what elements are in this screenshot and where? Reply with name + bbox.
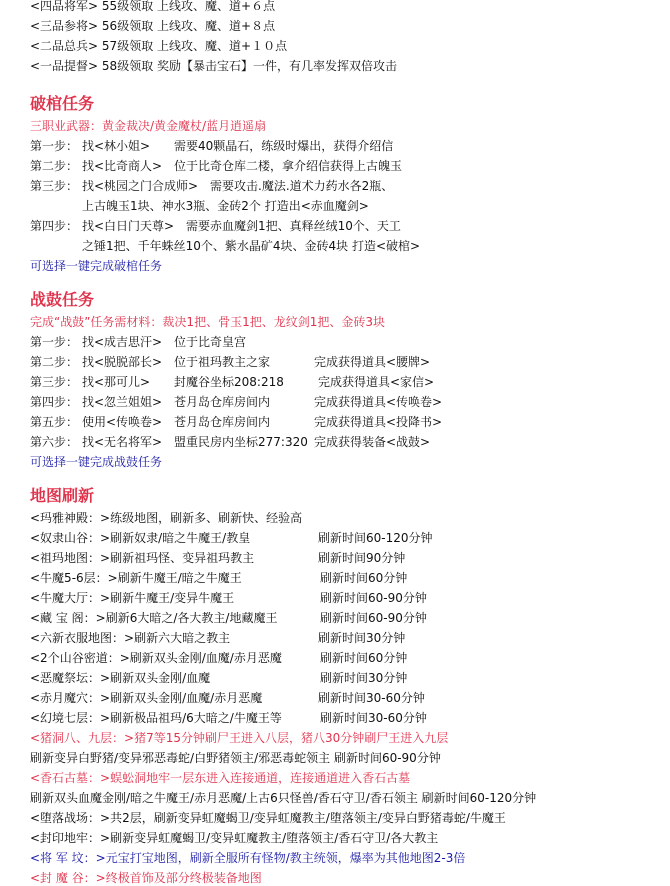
map-row: <六新衣服地图：>刷新六大暗之教主刷新时间30分钟 bbox=[30, 628, 670, 648]
rank-reward-row: <三品参将> 56级领取 上线攻、魔、道+８点 bbox=[30, 16, 670, 36]
pokuan-step: 第三步：找<桃园之门合成师>需要攻击.魔法.道术力药水各2瓶、 bbox=[30, 176, 670, 196]
refresh-time: 刷新时间30-60分钟 bbox=[320, 711, 427, 725]
step-label: 第四步： bbox=[30, 392, 82, 412]
step-label: 第一步： bbox=[30, 136, 82, 156]
step-npc: 找<脱脱部长> bbox=[82, 352, 174, 372]
pokuan-step-continuation: 上古魄玉1块、神水3瓶、金砖2个 打造出<赤血魔剑> bbox=[30, 196, 670, 216]
step-label: 第一步： bbox=[30, 332, 82, 352]
map-name: <2个山谷密道：> bbox=[30, 651, 130, 665]
zhangu-step: 第三步：找<那可儿>封魔谷坐标208:218完成获得道具<家信> bbox=[30, 372, 670, 392]
refresh-time: 刷新时间60分钟 bbox=[320, 651, 407, 665]
refresh-time: 刷新时间60-120分钟 bbox=[318, 531, 433, 545]
map-name: <奴隶山谷：> bbox=[30, 531, 110, 545]
step-desc: 需要攻击.魔法.道术力药水各2瓶、 bbox=[210, 179, 393, 193]
step-npc: 找<比奇商人> bbox=[82, 156, 174, 176]
map-desc: 刷新祖玛怪、变异祖玛教主 bbox=[110, 551, 254, 565]
map-row: <祖玛地图：>刷新祖玛怪、变异祖玛教主刷新时间90分钟 bbox=[30, 548, 670, 568]
map-row: <幻境七层：>刷新极品祖玛/6大暗之/牛魔王等刷新时间30-60分钟 bbox=[30, 708, 670, 728]
step-label: 第二步： bbox=[30, 156, 82, 176]
map-special-row: <将 军 坟：>元宝打宝地图，刷新全服所有怪物/教主统领，爆率为其他地图2-3倍 bbox=[30, 848, 670, 868]
step-desc: 位于比奇仓库二楼，拿介绍信获得上古魄玉 bbox=[174, 159, 402, 173]
step-npc: 找<林小姐> bbox=[82, 136, 174, 156]
map-desc: 练级地图，刷新多、刷新快、经验高 bbox=[110, 511, 302, 525]
map-special-row: <猪洞八、九层：>猪7等15分钟刷尸王进入八层，猪八30分钟刷尸王进入九层 bbox=[30, 728, 670, 748]
section-title-pokuan: 破棺任务 bbox=[30, 92, 670, 116]
step-npc: 找<无名将军> bbox=[82, 432, 174, 452]
step-label: 第四步： bbox=[30, 216, 82, 236]
map-name: <赤月魔穴：> bbox=[30, 691, 110, 705]
refresh-time: 刷新时间60-90分钟 bbox=[320, 611, 427, 625]
pokuan-step: 第四步：找<白日门天尊>需要赤血魔剑1把、真释丝绒10个、天工 bbox=[30, 216, 670, 236]
map-name: <藏 宝 阁：> bbox=[30, 611, 106, 625]
step-desc: 上古魄玉1块、神水3瓶、金砖2个 打造出<赤血魔剑> bbox=[82, 199, 369, 213]
step-npc: 使用<传唤卷> bbox=[82, 412, 174, 432]
step-location: 位于祖玛教主之家 bbox=[174, 352, 314, 372]
refresh-time: 刷新时间60-90分钟 bbox=[320, 591, 427, 605]
step-location: 封魔谷坐标208:218 bbox=[174, 372, 318, 392]
map-name: <牛魔大厅：> bbox=[30, 591, 110, 605]
step-npc: 找<桃园之门合成师> bbox=[82, 176, 210, 196]
map-desc: 刷新6大暗之/各大教主/地藏魔王 bbox=[106, 611, 278, 625]
step-label: 第五步： bbox=[30, 412, 82, 432]
step-result: 完成获得装备<战鼓> bbox=[314, 435, 430, 449]
zhangu-step: 第二步：找<脱脱部长>位于祖玛教主之家完成获得道具<腰牌> bbox=[30, 352, 670, 372]
map-desc: 刷新极品祖玛/6大暗之/牛魔王等 bbox=[110, 711, 282, 725]
step-location: 苍月岛仓库房间内 bbox=[174, 392, 314, 412]
map-name: <恶魔祭坛：> bbox=[30, 671, 110, 685]
section-title-map-refresh: 地图刷新 bbox=[30, 484, 670, 508]
map-row: <牛魔大厅：>刷新牛魔王/变异牛魔王刷新时间60-90分钟 bbox=[30, 588, 670, 608]
document: <四品将军> 55级领取 上线攻、魔、道+６点 <三品参将> 56级领取 上线攻… bbox=[30, 0, 670, 886]
map-row: <恶魔祭坛：>刷新双头金刚/血魔刷新时间30分钟 bbox=[30, 668, 670, 688]
step-location: 盟重民房内坐标277:320 bbox=[174, 432, 314, 452]
map-name: <幻境七层：> bbox=[30, 711, 110, 725]
map-row: <2个山谷密道：>刷新双头金刚/血魔/赤月恶魔刷新时间60分钟 bbox=[30, 648, 670, 668]
step-location: 位于比奇皇宫 bbox=[174, 332, 314, 352]
zhangu-step: 第四步：找<忽兰姐姐>苍月岛仓库房间内完成获得道具<传唤卷> bbox=[30, 392, 670, 412]
section-subtitle-zhangu: 完成“战鼓”任务需材料：裁决1把、骨玉1把、龙纹剑1把、金砖3块 bbox=[30, 312, 670, 332]
map-desc: 刷新奴隶/暗之牛魔王/教皇 bbox=[110, 531, 250, 545]
step-result: 完成获得道具<投降书> bbox=[314, 415, 442, 429]
map-row: <奴隶山谷：>刷新奴隶/暗之牛魔王/教皇刷新时间60-120分钟 bbox=[30, 528, 670, 548]
map-name: <祖玛地图：> bbox=[30, 551, 110, 565]
refresh-time: 刷新时间60分钟 bbox=[320, 571, 407, 585]
map-desc: 刷新双头金刚/血魔 bbox=[110, 671, 210, 685]
map-special-row: <香石古墓：>蜈蚣洞地牢一层东进入连接通道，连接通道进入香石古墓 bbox=[30, 768, 670, 788]
refresh-time: 刷新时间30-60分钟 bbox=[318, 691, 425, 705]
step-desc: 需要40颗晶石，练级时爆出，获得介绍信 bbox=[174, 139, 393, 153]
step-label: 第二步： bbox=[30, 352, 82, 372]
step-result: 完成获得道具<传唤卷> bbox=[314, 395, 442, 409]
step-label: 第三步： bbox=[30, 176, 82, 196]
map-name: <牛魔5-6层：> bbox=[30, 571, 118, 585]
step-npc: 找<白日门天尊> bbox=[82, 216, 186, 236]
map-row: <赤月魔穴：>刷新双头金刚/血魔/赤月恶魔刷新时间30-60分钟 bbox=[30, 688, 670, 708]
step-label: 第三步： bbox=[30, 372, 82, 392]
section-subtitle-pokuan: 三职业武器：黄金裁决/黄金魔杖/蓝月逍遥扇 bbox=[30, 116, 670, 136]
zhangu-step: 第五步：使用<传唤卷>苍月岛仓库房间内完成获得道具<投降书> bbox=[30, 412, 670, 432]
step-desc: 之锤1把、千年蛛丝10个、紫水晶矿4块、金砖4块 打造<破棺> bbox=[82, 239, 420, 253]
pokuan-step: 第二步：找<比奇商人>位于比奇仓库二楼，拿介绍信获得上古魄玉 bbox=[30, 156, 670, 176]
zhangu-step: 第六步：找<无名将军>盟重民房内坐标277:320完成获得装备<战鼓> bbox=[30, 432, 670, 452]
refresh-time: 刷新时间30分钟 bbox=[320, 671, 407, 685]
step-npc: 找<成吉思汗> bbox=[82, 332, 174, 352]
map-special-row: 刷新双头血魔金刚/暗之牛魔王/赤月恶魔/上古6只怪兽/香石守卫/香石领主 刷新时… bbox=[30, 788, 670, 808]
map-desc: 刷新牛魔王/暗之牛魔王 bbox=[118, 571, 242, 585]
map-name: <玛雅神殿：> bbox=[30, 511, 110, 525]
zhangu-step: 第一步：找<成吉思汗>位于比奇皇宫 bbox=[30, 332, 670, 352]
map-name: <六新衣服地图：> bbox=[30, 631, 134, 645]
rank-reward-row: <一品提督> 58级领取 奖励【暴击宝石】一件，有几率发挥双倍攻击 bbox=[30, 56, 670, 76]
step-label: 第六步： bbox=[30, 432, 82, 452]
step-desc: 需要赤血魔剑1把、真释丝绒10个、天工 bbox=[186, 219, 401, 233]
map-desc: 刷新六大暗之教主 bbox=[134, 631, 230, 645]
pokuan-step-continuation: 之锤1把、千年蛛丝10个、紫水晶矿4块、金砖4块 打造<破棺> bbox=[30, 236, 670, 256]
pokuan-step: 第一步：找<林小姐>需要40颗晶石，练级时爆出，获得介绍信 bbox=[30, 136, 670, 156]
map-desc: 刷新双头金刚/血魔/赤月恶魔 bbox=[130, 651, 282, 665]
section-title-zhangu: 战鼓任务 bbox=[30, 288, 670, 312]
complete-pokuan-link[interactable]: 可选择一键完成破棺任务 bbox=[30, 256, 670, 276]
step-result: 完成获得道具<腰牌> bbox=[314, 355, 430, 369]
map-row: <牛魔5-6层：>刷新牛魔王/暗之牛魔王刷新时间60分钟 bbox=[30, 568, 670, 588]
refresh-time: 刷新时间90分钟 bbox=[318, 551, 405, 565]
step-location: 苍月岛仓库房间内 bbox=[174, 412, 314, 432]
step-npc: 找<那可儿> bbox=[82, 372, 174, 392]
complete-zhangu-link[interactable]: 可选择一键完成战鼓任务 bbox=[30, 452, 670, 472]
step-npc: 找<忽兰姐姐> bbox=[82, 392, 174, 412]
refresh-time: 刷新时间30分钟 bbox=[318, 631, 405, 645]
map-row: <藏 宝 阁：>刷新6大暗之/各大教主/地藏魔王刷新时间60-90分钟 bbox=[30, 608, 670, 628]
map-special-row: <堕落战场：>共2层，刷新变异虹魔蝎卫/变异虹魔教主/堕落领主/变异白野猪毒蛇/… bbox=[30, 808, 670, 828]
step-result: 完成获得道具<家信> bbox=[318, 375, 434, 389]
map-desc: 刷新双头金刚/血魔/赤月恶魔 bbox=[110, 691, 262, 705]
map-special-row: 刷新变异白野猪/变异邪恶毒蛇/白野猪领主/邪恶毒蛇领主 刷新时间60-90分钟 bbox=[30, 748, 670, 768]
rank-reward-row: <二品总兵> 57级领取 上线攻、魔、道+１０点 bbox=[30, 36, 670, 56]
map-desc: 刷新牛魔王/变异牛魔王 bbox=[110, 591, 234, 605]
map-special-row: <封印地牢：>刷新变异虹魔蝎卫/变异虹魔教主/堕落领主/香石守卫/各大教主 bbox=[30, 828, 670, 848]
rank-reward-row: <四品将军> 55级领取 上线攻、魔、道+６点 bbox=[30, 0, 670, 16]
map-row: <玛雅神殿：>练级地图，刷新多、刷新快、经验高 bbox=[30, 508, 670, 528]
map-special-row: <封 魔 谷：>终极首饰及部分终极装备地图 bbox=[30, 868, 670, 886]
